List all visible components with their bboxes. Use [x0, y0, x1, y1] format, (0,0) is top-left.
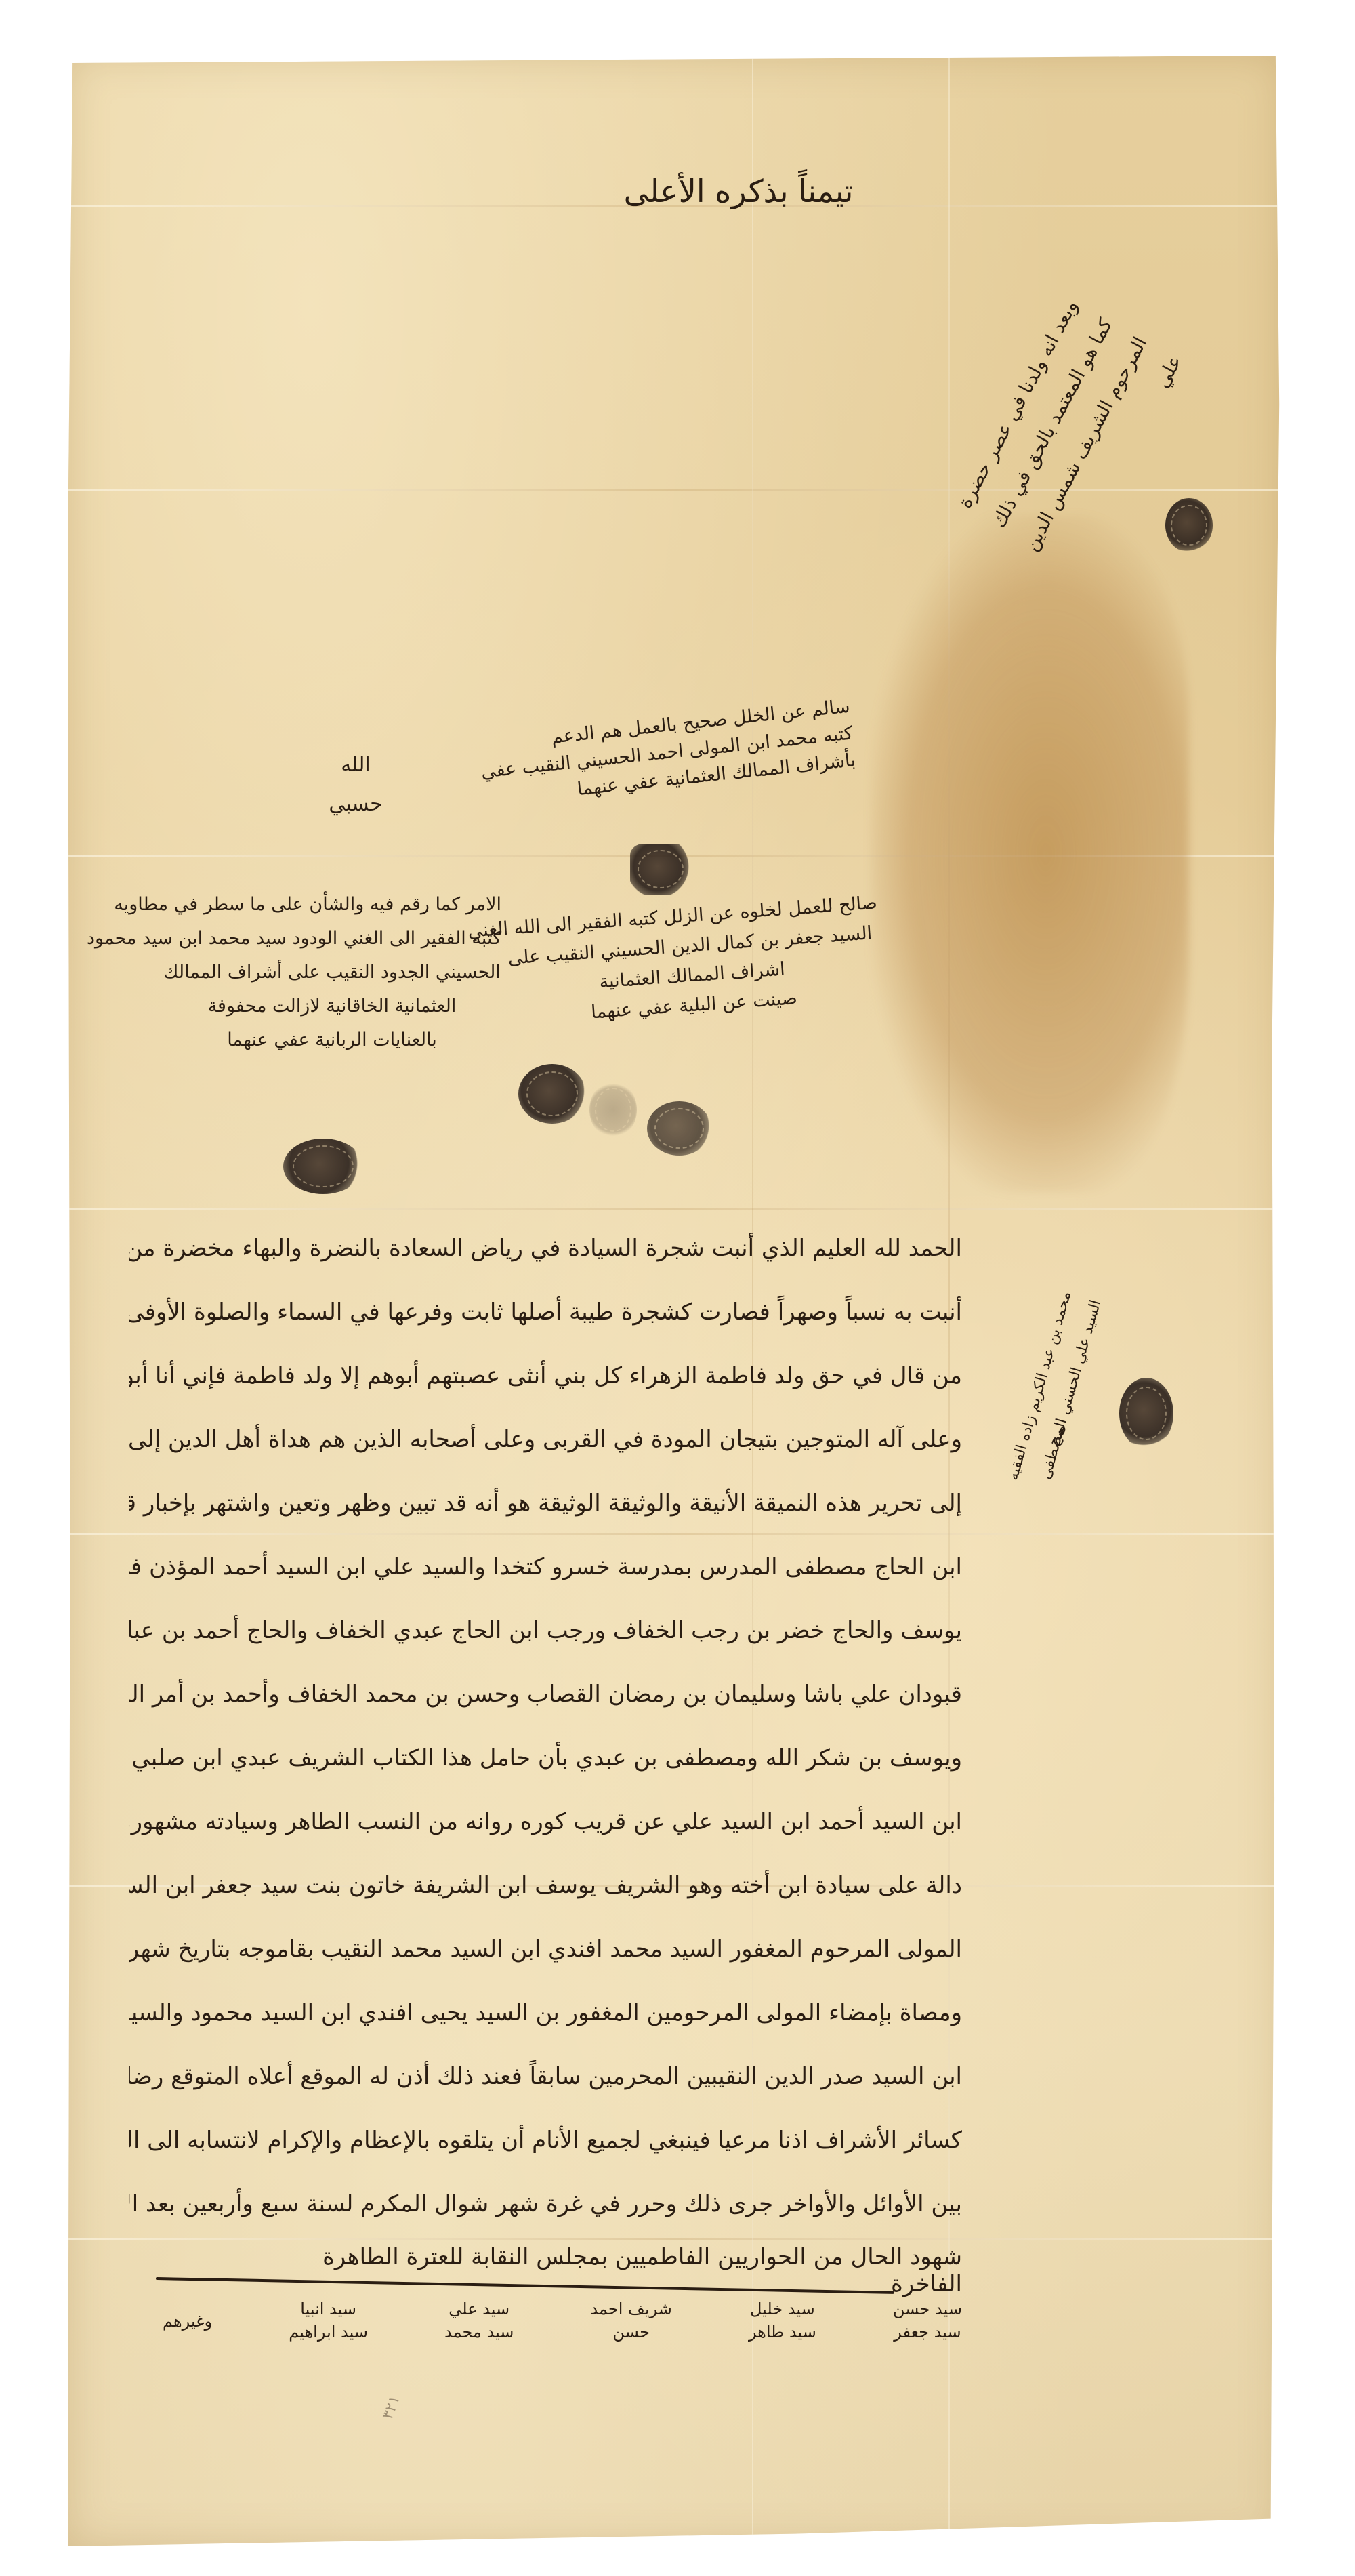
endorsement-line: الامر كما رقم فيه والشأن على ما سطر في م…	[163, 888, 501, 922]
body-line: بين الأوائل والأواخر جرى ذلك وحرر في غرة…	[129, 2172, 962, 2236]
witness-name: سيد جعفر	[893, 2321, 962, 2344]
invocation-line: الله	[305, 745, 406, 785]
witness-entry: سيد علي سيد محمد	[444, 2297, 514, 2392]
body-line: الحمد لله العليم الذي أنبت شجرة السيادة …	[129, 1217, 962, 1280]
seal-faint-icon	[589, 1081, 637, 1139]
witness-name: سيد محمد	[444, 2321, 514, 2344]
witnesses-heading: شهود الحال من الحواريين الفاطميين بمجلس …	[285, 2243, 962, 2297]
witness-name: سيد علي	[444, 2297, 514, 2321]
witness-name: شريف احمد	[590, 2297, 671, 2321]
body-line: من قال في حق ولد فاطمة الزهراء كل بني أن…	[129, 1344, 962, 1408]
witness-entry: شريف احمد حسن	[590, 2297, 671, 2392]
witness-name: سيد انبيا	[289, 2297, 368, 2321]
body-line: ابن الحاج مصطفى المدرس بمدرسة خسرو كتخدا…	[129, 1535, 962, 1599]
body-line: ويوسف بن شكر الله ومصطفى بن عبدي بأن حام…	[129, 1726, 962, 1790]
witness-entry: سيد حسن سيد جعفر	[893, 2297, 962, 2392]
endorsement-line: العثمانية الخاقانية لازالت محفوفة	[163, 989, 501, 1023]
witness-name: وغيرهم	[163, 2310, 212, 2333]
header-invocation-title: تيمناً بذكره الأعلى	[596, 173, 881, 209]
seal-margin-oval-icon	[1119, 1378, 1173, 1449]
witness-name: سيد ابراهيم	[289, 2321, 368, 2344]
endorsement-line: كتبه الفقير الى الغني الودود سيد محمد اب…	[163, 922, 501, 956]
witnesses-list: سيد حسن سيد جعفر سيد خليل سيد طاهر شريف …	[163, 2297, 962, 2392]
invocation-line: حسبي	[305, 785, 406, 824]
water-stain	[871, 515, 1189, 1193]
body-line: قبودان علي باشا وسليمان بن رمضان القصاب …	[129, 1662, 962, 1726]
seal-octagon-icon	[630, 844, 691, 895]
endorsement-left: الامر كما رقم فيه والشأن على ما سطر في م…	[163, 888, 501, 1057]
invocation-allah-hasbi: الله حسبي	[305, 745, 406, 824]
body-line: دالة على سيادة ابن أخته وهو الشريف يوسف …	[129, 1854, 962, 1917]
body-line: كسائر الأشراف اذنا مرعيا فينبغي لجميع ال…	[129, 2108, 962, 2172]
witness-entry: سيد انبيا سيد ابراهيم	[289, 2297, 368, 2392]
witness-entry: وغيرهم	[163, 2297, 212, 2392]
endorsement-line: بالعنايات الربانية عفي عنهما	[163, 1023, 501, 1057]
witness-name: سيد خليل	[749, 2297, 816, 2321]
certificate-body: الحمد لله العليم الذي أنبت شجرة السيادة …	[129, 1217, 962, 2236]
body-line: وعلى آله المتوجين بتيجان المودة في القرب…	[129, 1408, 962, 1471]
seal-dark-round-icon	[518, 1064, 586, 1124]
endorsement-line: الحسيني الجدود النقيب على أشراف الممالك	[163, 956, 501, 989]
paper-crease	[68, 2238, 1280, 2240]
witness-entry: سيد خليل سيد طاهر	[749, 2297, 816, 2392]
witness-name: سيد حسن	[893, 2297, 962, 2321]
paper-crease	[68, 1208, 1280, 1210]
seal-top-right-icon	[1165, 498, 1213, 552]
body-line: يوسف والحاج خضر بن رجب الخفاف ورجب ابن ا…	[129, 1599, 962, 1662]
body-line: المولى المرحوم المغفور السيد محمد افندي …	[129, 1917, 962, 1981]
body-line: إلى تحرير هذه النميقة الأنيقة والوثيقة ا…	[129, 1471, 962, 1535]
seal-left-oval-icon	[283, 1139, 363, 1194]
witness-name: سيد طاهر	[749, 2321, 816, 2344]
witness-name: حسن	[590, 2321, 671, 2344]
body-line: ابن السيد صدر الدين النقيبين المحرمين سا…	[129, 2045, 962, 2108]
seal-small-round-icon	[647, 1101, 711, 1156]
body-line: ابن السيد أحمد ابن السيد علي عن قريب كور…	[129, 1790, 962, 1854]
body-line: أنبت به نسباً وصهراً فصارت كشجرة طيبة أص…	[129, 1280, 962, 1344]
body-line: ومصاة بإمضاء المولى المرحومين المغفور بن…	[129, 1981, 962, 2045]
